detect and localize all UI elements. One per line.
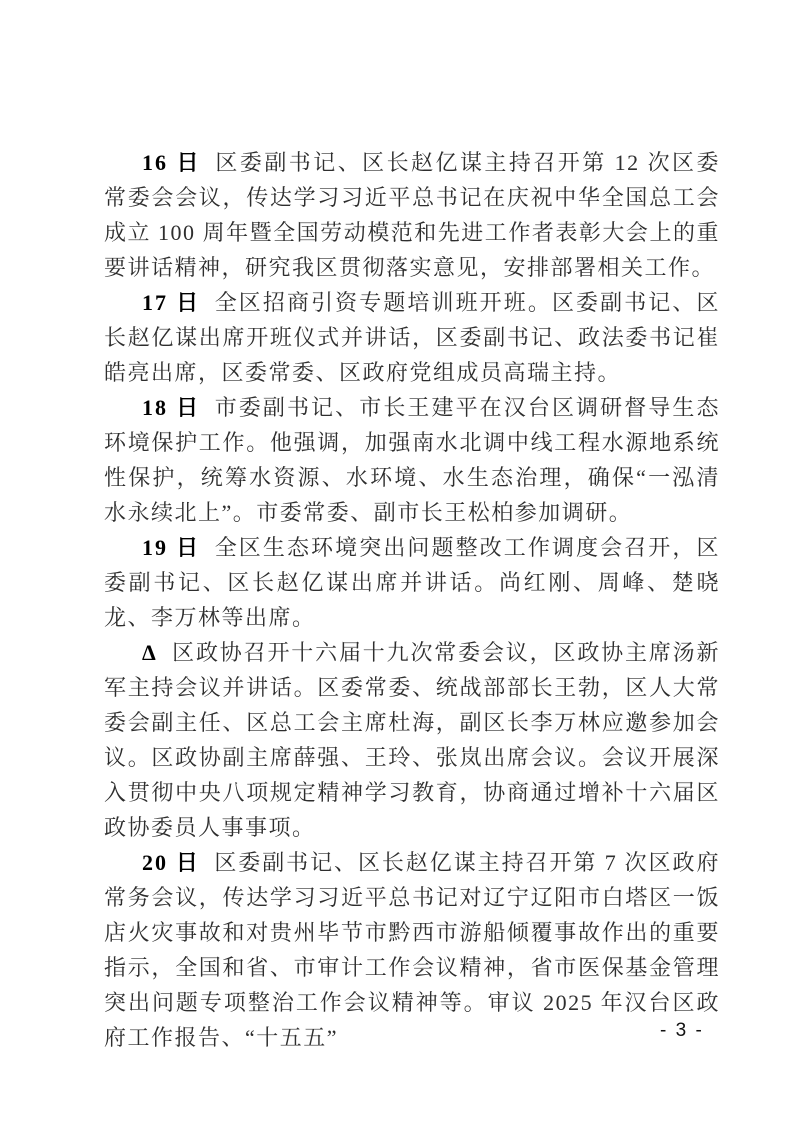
document-page: 16 日区委副书记、区长赵亿谋主持召开第 12 次区委常委会会议，传达学习习近平…	[0, 0, 793, 1122]
entry-date-lead: 18 日	[142, 395, 201, 420]
entry-date-lead: 17 日	[142, 290, 201, 315]
entry-text: 区委副书记、区长赵亿谋主持召开第 7 次区政府常务会议，传达学习习近平总书记对辽…	[104, 850, 720, 1050]
page-number: - 3 -	[660, 1020, 704, 1042]
document-body: 16 日区委副书记、区长赵亿谋主持召开第 12 次区委常委会会议，传达学习习近平…	[104, 145, 720, 1055]
entry-date-lead: 20 日	[142, 850, 200, 875]
entry-date-lead: 19 日	[142, 535, 201, 560]
diary-entry-17: 17 日全区招商引资专题培训班开班。区委副书记、区长赵亿谋出席开班仪式并讲话，区…	[104, 285, 720, 390]
entry-date-lead: 16 日	[142, 150, 201, 175]
diary-entry-18: 18 日市委副书记、市长王建平在汉台区调研督导生态环境保护工作。他强调，加强南水…	[104, 390, 720, 530]
diary-entry-triangle: Δ区政协召开十六届十九次常委会议，区政协主席汤新军主持会议并讲话。区委常委、统战…	[104, 635, 720, 845]
entry-text: 区政协召开十六届十九次常委会议，区政协主席汤新军主持会议并讲话。区委常委、统战部…	[104, 640, 720, 840]
triangle-marker: Δ	[142, 640, 158, 665]
diary-entry-16: 16 日区委副书记、区长赵亿谋主持召开第 12 次区委常委会会议，传达学习习近平…	[104, 145, 720, 285]
diary-entry-20: 20 日区委副书记、区长赵亿谋主持召开第 7 次区政府常务会议，传达学习习近平总…	[104, 845, 720, 1055]
diary-entry-19: 19 日全区生态环境突出问题整改工作调度会召开，区委副书记、区长赵亿谋出席并讲话…	[104, 530, 720, 635]
